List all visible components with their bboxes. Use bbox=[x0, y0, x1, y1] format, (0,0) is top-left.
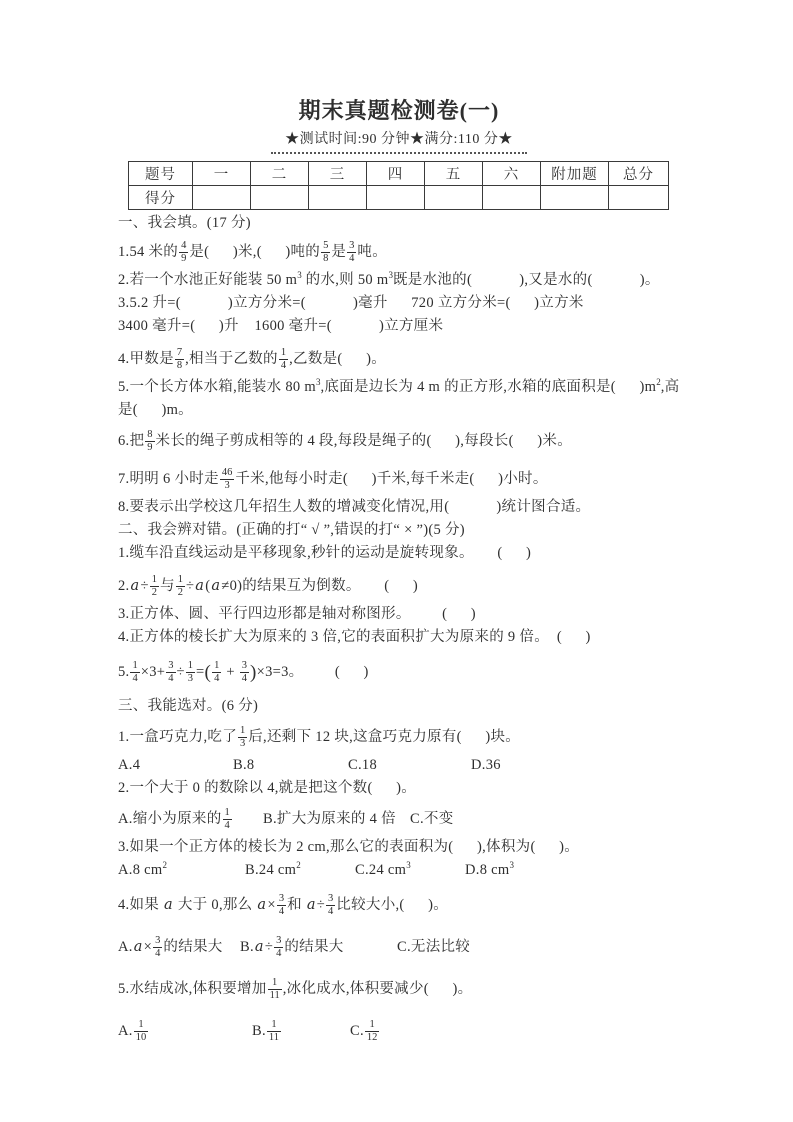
score-header-cell: 一 bbox=[193, 162, 251, 186]
question-1-7: 7.明明 6 小时走463千米,他每小时走( )千米,每千米走( )小时。 bbox=[118, 462, 680, 496]
option-a: A.4 bbox=[118, 754, 233, 777]
question-3-4-options: A.a×34的结果大 B.a÷34的结果大 C.无法比较 bbox=[118, 930, 680, 964]
question-1-6: 6.把89米长的绳子剪成相等的 4 段,每段是绳子的( ),每段长( )米。 bbox=[118, 424, 680, 458]
question-2-1: 1.缆车沿直线运动是平移现象,秒针的运动是旋转现象。 ( ) bbox=[118, 542, 680, 565]
question-1-2: 2.若一个水池正好能装 50 m3 的水,则 50 m3既是水池的( ),又是水… bbox=[118, 269, 680, 292]
option-a: A.缩小为原来的14 bbox=[118, 802, 263, 836]
question-3-3-options: A.8 cm2 B.24 cm2 C.24 cm3 D.8 cm3 bbox=[118, 859, 680, 882]
score-cell bbox=[367, 186, 425, 210]
paper-content: 期末真题检测卷(一) ★测试时间:90 分钟★满分:110 分★ 题号 一 二 … bbox=[118, 96, 680, 1048]
option-d: D.8 cm3 bbox=[465, 859, 514, 882]
question-1-4: 4.甲数是78,相当于乙数的14,乙数是( )。 bbox=[118, 342, 680, 376]
question-1-3-line2: 3400 毫升=( )升 1600 毫升=( )立方厘米 bbox=[118, 315, 680, 338]
score-header-cell: 五 bbox=[425, 162, 483, 186]
score-cell bbox=[193, 186, 251, 210]
question-2-3: 3.正方体、圆、平行四边形都是轴对称图形。 ( ) bbox=[118, 603, 680, 626]
question-1-1: 1.54 米的49是( )米,( )吨的58是34吨。 bbox=[118, 235, 680, 269]
score-header-cell: 总分 bbox=[609, 162, 669, 186]
score-row-label: 得分 bbox=[129, 186, 193, 210]
score-table: 题号 一 二 三 四 五 六 附加题 总分 得分 bbox=[128, 161, 669, 210]
option-a: A.a×34的结果大 bbox=[118, 930, 240, 964]
score-cell bbox=[309, 186, 367, 210]
section-3-heading: 三、我能选对。(6 分) bbox=[118, 695, 680, 718]
question-3-5: 5.水结成冰,体积要增加111,冰化成水,体积要减少( )。 bbox=[118, 972, 680, 1006]
question-3-1: 1.一盒巧克力,吃了13后,还剩下 12 块,这盒巧克力原有( )块。 bbox=[118, 720, 680, 754]
question-3-1-options: A.4 B.8 C.18 D.36 bbox=[118, 754, 680, 777]
score-table-score-row: 得分 bbox=[129, 186, 669, 210]
question-3-2: 2.一个大于 0 的数除以 4,就是把这个数( )。 bbox=[118, 777, 680, 800]
option-b: B.扩大为原来的 4 倍 bbox=[263, 802, 410, 836]
question-1-8: 8.要表示出学校这几年招生人数的增减变化情况,用( )统计图合适。 bbox=[118, 496, 680, 519]
score-cell bbox=[425, 186, 483, 210]
question-3-5-options: A.110 B.111 C.112 bbox=[118, 1014, 680, 1048]
exam-info: ★测试时间:90 分钟★满分:110 分★ bbox=[271, 131, 527, 154]
page-title: 期末真题检测卷(一) bbox=[118, 96, 680, 126]
score-header-cell: 四 bbox=[367, 162, 425, 186]
question-2-4: 4.正方体的棱长扩大为原来的 3 倍,它的表面积扩大为原来的 9 倍。 ( ) bbox=[118, 626, 680, 649]
option-b: B.24 cm2 bbox=[245, 859, 355, 882]
question-3-2-options: A.缩小为原来的14 B.扩大为原来的 4 倍 C.不变 bbox=[118, 802, 680, 836]
question-3-4: 4.如果 a 大于 0,那么 a×34和 a÷34比较大小,( )。 bbox=[118, 888, 680, 922]
exam-info-wrap: ★测试时间:90 分钟★满分:110 分★ bbox=[118, 130, 680, 154]
option-c: C.24 cm3 bbox=[355, 859, 465, 882]
score-cell bbox=[483, 186, 541, 210]
score-cell bbox=[609, 186, 669, 210]
question-2-5: 5.14×3+34÷13=(14 + 34)×3=3。 ( ) bbox=[118, 655, 680, 689]
score-cell bbox=[541, 186, 609, 210]
option-a: A.8 cm2 bbox=[118, 859, 245, 882]
question-1-5-line1: 5.一个长方体水箱,能装水 80 m3,底面是边长为 4 m 的正方形,水箱的底… bbox=[118, 376, 680, 399]
option-c: C.18 bbox=[348, 754, 471, 777]
option-a: A.110 bbox=[118, 1014, 252, 1048]
score-table-header-row: 题号 一 二 三 四 五 六 附加题 总分 bbox=[129, 162, 669, 186]
score-header-cell: 题号 bbox=[129, 162, 193, 186]
question-3-3: 3.如果一个正方体的棱长为 2 cm,那么它的表面积为( ),体积为( )。 bbox=[118, 836, 680, 859]
section-1-heading: 一、我会填。(17 分) bbox=[118, 212, 680, 235]
option-c: C.112 bbox=[350, 1014, 380, 1048]
score-header-cell: 二 bbox=[251, 162, 309, 186]
question-2-2: 2.a÷12与12÷a(a≠0)的结果互为倒数。 ( ) bbox=[118, 569, 680, 603]
option-b: B.8 bbox=[233, 754, 348, 777]
question-1-3-line1: 3.5.2 升=( )立方分米=( )毫升 720 立方分米=( )立方米 bbox=[118, 292, 680, 315]
score-header-cell: 附加题 bbox=[541, 162, 609, 186]
question-1-5-line2: 是( )m。 bbox=[118, 399, 680, 422]
section-2-heading: 二、我会辨对错。(正确的打“ √ ”,错误的打“ × ”)(5 分) bbox=[118, 519, 680, 542]
option-b: B.a÷34的结果大 bbox=[240, 930, 397, 964]
score-header-cell: 六 bbox=[483, 162, 541, 186]
option-b: B.111 bbox=[252, 1014, 350, 1048]
score-header-cell: 三 bbox=[309, 162, 367, 186]
option-c: C.无法比较 bbox=[397, 930, 470, 964]
option-c: C.不变 bbox=[410, 802, 454, 836]
score-cell bbox=[251, 186, 309, 210]
exam-paper-page: 期末真题检测卷(一) ★测试时间:90 分钟★满分:110 分★ 题号 一 二 … bbox=[0, 0, 793, 1122]
option-d: D.36 bbox=[471, 754, 501, 777]
